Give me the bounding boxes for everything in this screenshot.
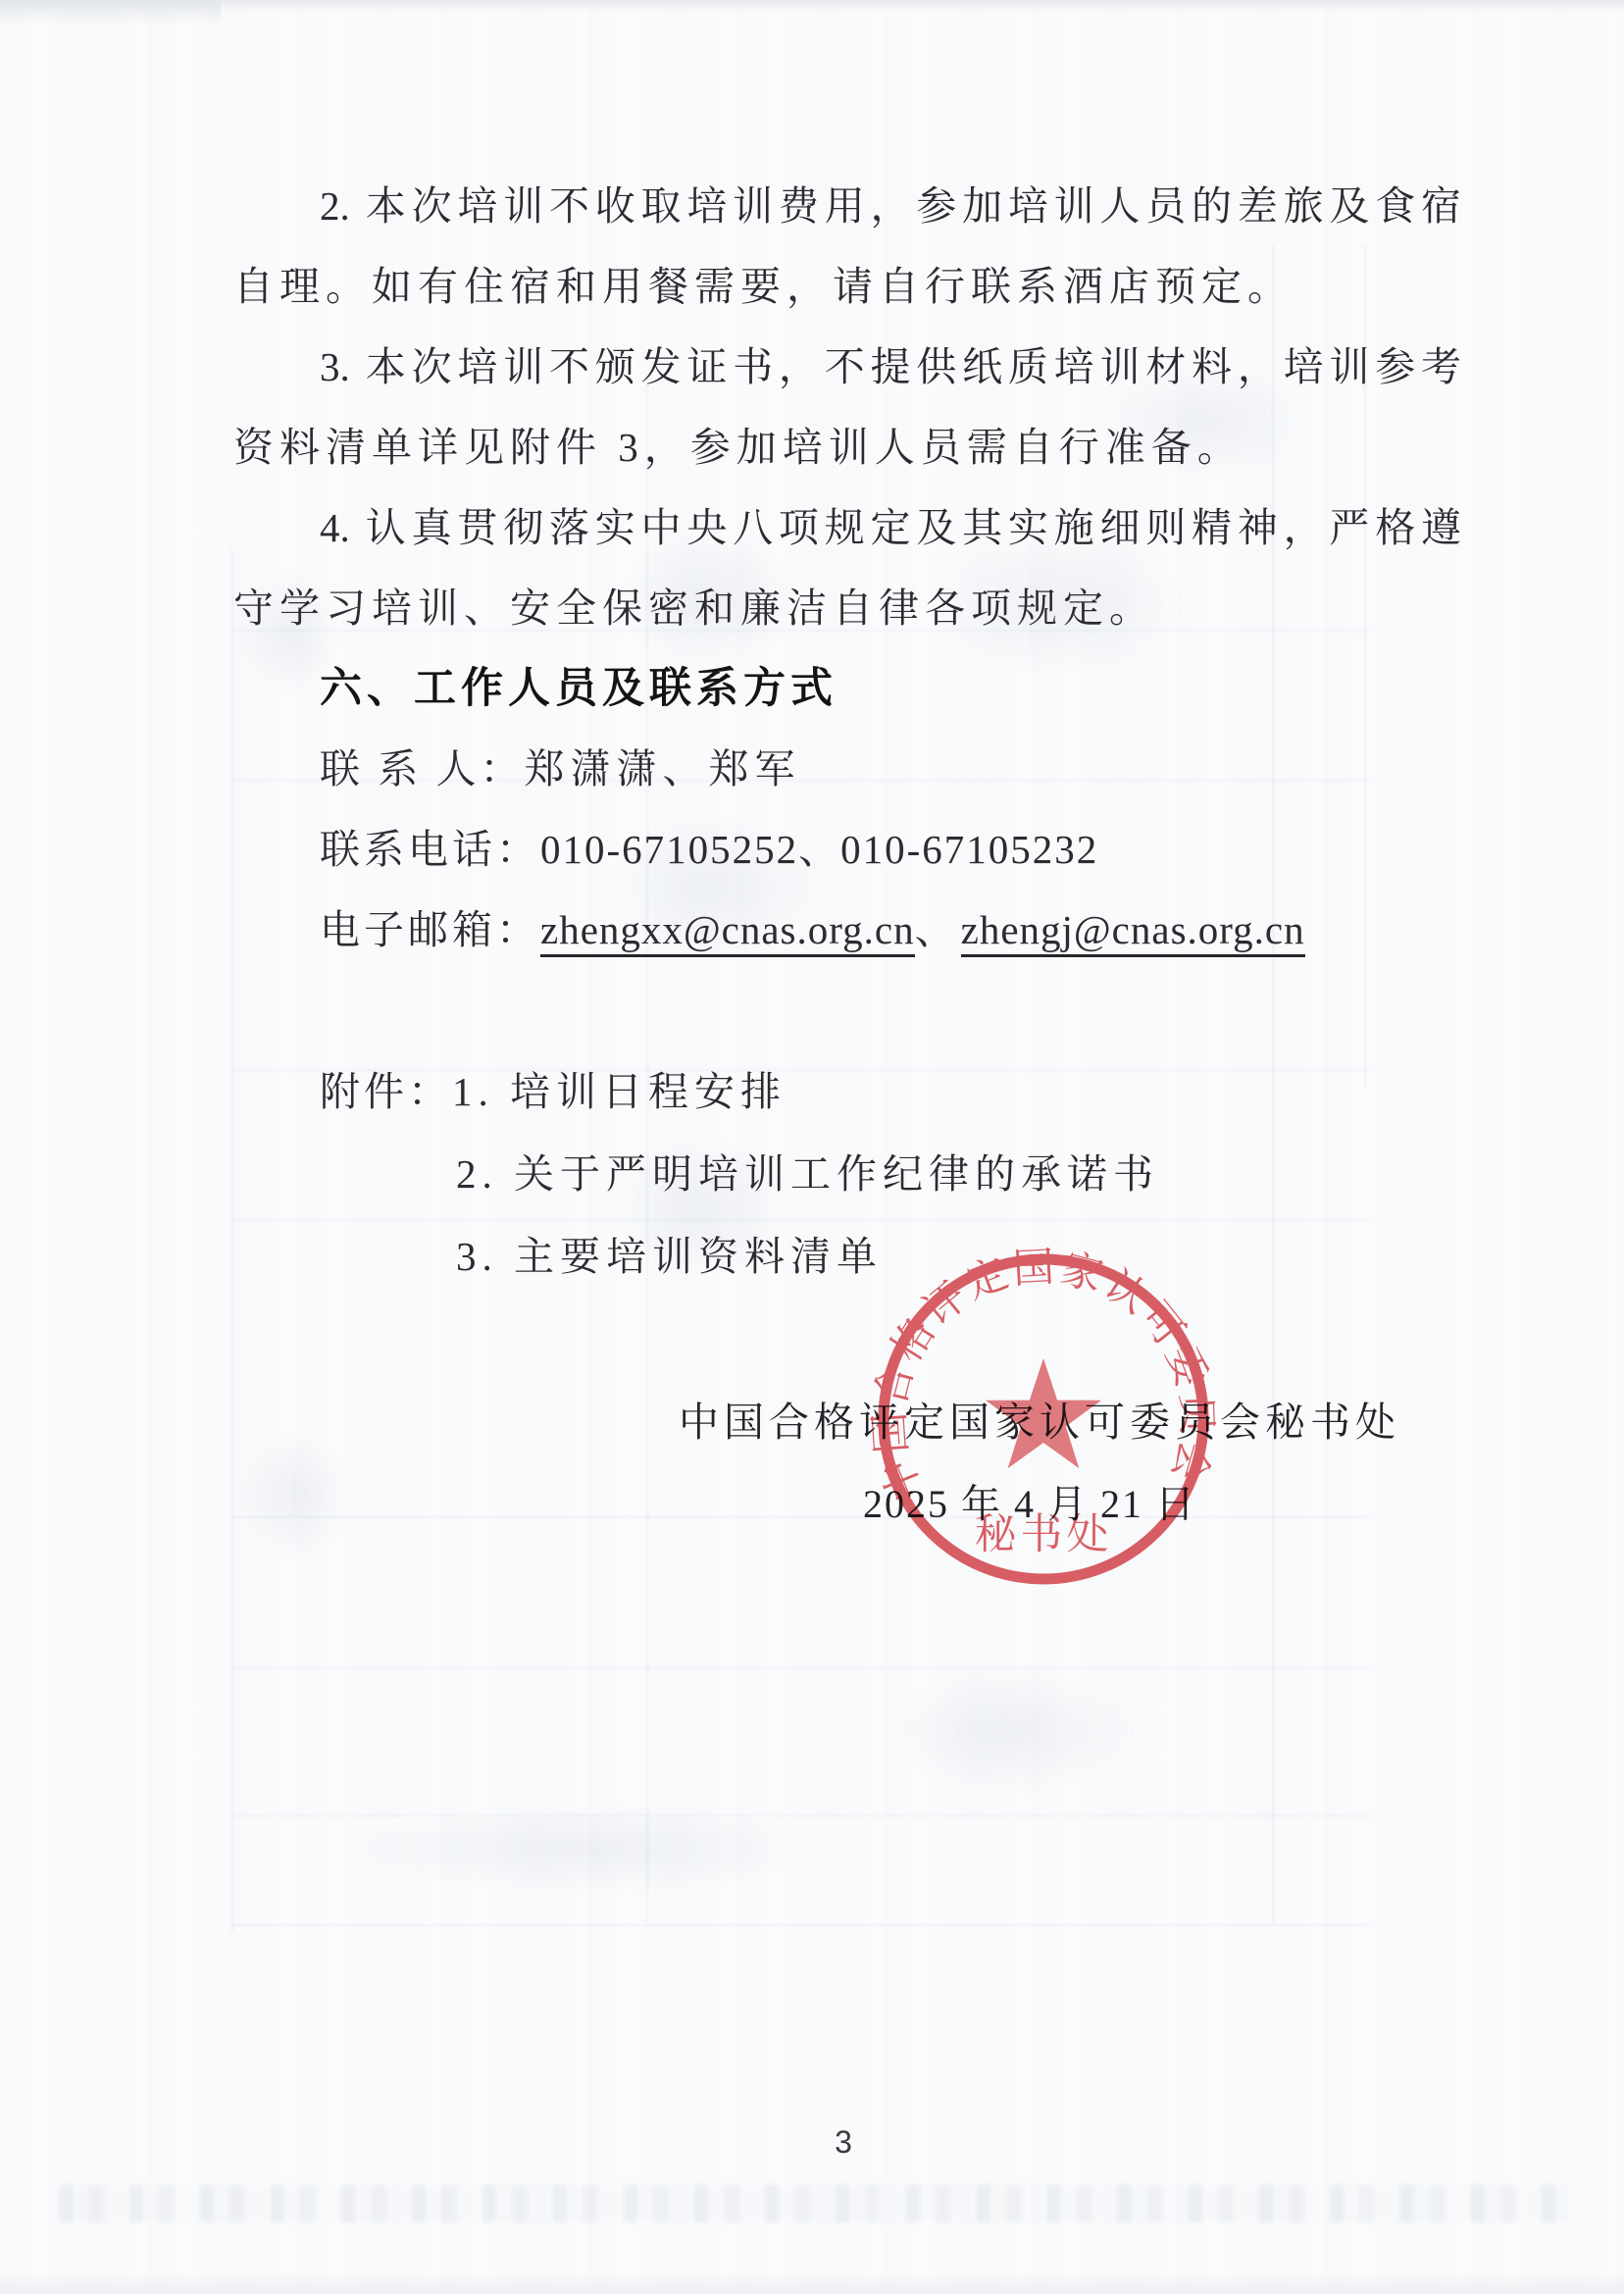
paragraph-4-line-2: 守学习培训、安全保密和廉洁自律各项规定。 [233,568,1155,648]
contact-email-1: zhengxx@cnas.org.cn [540,907,915,957]
scan-edge-bottom [0,2271,1624,2294]
attachments-line-1: 附件：1. 培训日程安排 [320,1051,787,1132]
attachment-item-2: 2. 关于严明培训工作纪律的承诺书 [456,1134,1159,1214]
contact-person-line: 联 系 人：郑潇潇、郑军 [320,729,801,809]
bleedthrough-blob [883,1667,1138,1795]
contact-email-label: 电子邮箱： [320,907,540,952]
contact-phone-label: 联系电话： [320,827,540,872]
scan-edge-top-left [0,0,221,25]
contact-person-value: 郑潇潇、郑军 [525,746,801,791]
paragraph-2-line-2: 自理。如有住宿和用餐需要，请自行联系酒店预定。 [233,246,1294,327]
section-heading: 六、工作人员及联系方式 [320,648,837,729]
paragraph-4-line-1: 4. 认真贯彻落实中央八项规定及其实施细则精神，严格遵 [233,487,1461,568]
bleedthrough-hline [232,1924,1370,1926]
bleedthrough-hline [232,1516,1370,1518]
page-number: 3 [814,2124,873,2161]
bleedthrough-blob [343,1805,834,1893]
contact-email-2: zhengj@cnas.org.cn [961,907,1305,957]
signature-date: 2025 年 4 月 21 日 [863,1464,1177,1545]
bleedthrough-blob [235,1432,353,1559]
contact-email-separator: 、 [915,907,961,952]
paragraph-2-line-1: 2. 本次培训不收取培训费用，参加培训人员的差旅及食宿 [233,166,1461,246]
bleedthrough-band [59,2185,1569,2222]
contact-person-label: 联 系 人： [320,746,525,791]
scan-edge-top [0,0,1624,12]
bleedthrough-vline [231,549,233,1932]
paragraph-3-line-2: 资料清单详见附件 3，参加培训人员需自行准备。 [233,407,1243,487]
signature-organization: 中国合格评定国家认可委员会秘书处 [679,1382,1375,1462]
attachment-item-3: 3. 主要培训资料清单 [456,1216,883,1297]
bleedthrough-hline [232,1814,1370,1816]
paragraph-3-line-1: 3. 本次培训不颁发证书，不提供纸质培训材料，培训参考 [233,327,1461,407]
attachment-item-1: 1. 培训日程安排 [452,1069,787,1114]
scanned-document-page: 2. 本次培训不收取培训费用，参加培训人员的差旅及食宿 自理。如有住宿和用餐需要… [0,0,1624,2294]
contact-email-line: 电子邮箱：zhengxx@cnas.org.cn、zhengj@cnas.org… [320,890,1305,970]
contact-phone-value: 010-67105252、010-67105232 [540,827,1098,872]
contact-phone-line: 联系电话：010-67105252、010-67105232 [320,809,1098,890]
attachments-label: 附件： [320,1069,452,1114]
bleedthrough-hline [232,1667,1370,1669]
